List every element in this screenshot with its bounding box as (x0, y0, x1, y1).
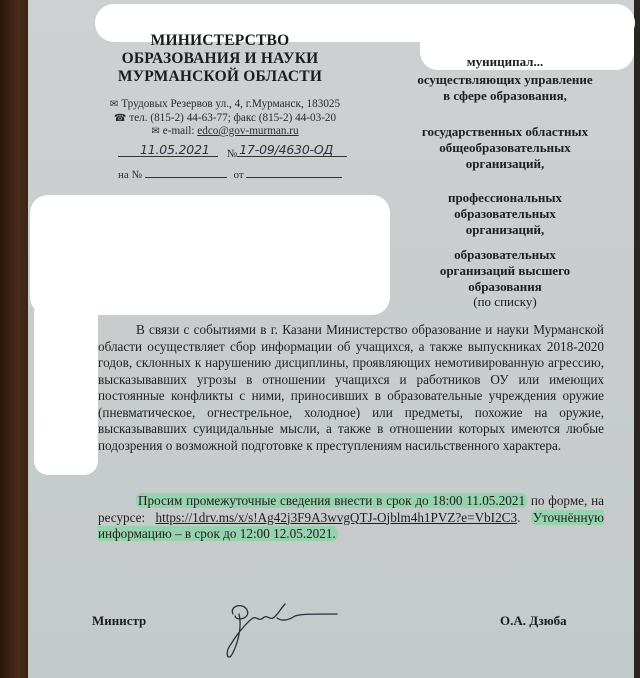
addressee-professional: профессиональных образовательных организ… (395, 190, 615, 238)
ministry-line-1: МИНИСТЕРСТВО (100, 32, 340, 50)
ref-date-field (246, 167, 342, 178)
addressee-line: организаций, (395, 222, 615, 238)
addressee-line: профессиональных (395, 190, 615, 206)
contact-block: ✉Трудовых Резервов ул., 4, г.Мурманск, 1… (100, 98, 350, 139)
telephone-icon: ☎ (114, 113, 126, 124)
date-handwritten: 11.05.2021 (140, 142, 210, 157)
registration-line: 11.05.2021 №17-09/4630-ОД (118, 146, 347, 160)
addressee-line: в сфере образования, (395, 88, 615, 104)
email-link[interactable]: edco@gov-murman.ru (197, 125, 298, 137)
body-paragraph-2: Просим промежуточные сведения внести в с… (98, 493, 604, 543)
addressee-municipal: муниципал... (395, 54, 615, 70)
signatory-name: О.А. Дзюба (500, 613, 567, 629)
ministry-line-3: МУРМАНСКОЙ ОБЛАСТИ (100, 68, 340, 86)
addressee-higher-ed: образовательных организаций высшего обра… (395, 247, 615, 295)
body-paragraph-1: В связи с событиями в г. Казани Министер… (98, 322, 604, 454)
date-field: 11.05.2021 (118, 146, 218, 157)
addressee-state-schools: государственных областных общеобразовате… (395, 124, 615, 172)
ministry-line-2: ОБРАЗОВАНИЯ И НАУКИ (100, 50, 340, 68)
ref-from-label: от (234, 169, 244, 181)
number-field: 17-09/4630-ОД (237, 146, 347, 157)
envelope-icon: ✉ (110, 99, 118, 110)
sentence-end: . (517, 510, 531, 525)
reference-line: на № от (118, 167, 342, 181)
phone-text: тел. (815-2) 44-63-77; факс (815-2) 44-0… (129, 112, 336, 124)
number-label: № (227, 148, 238, 160)
addressee-by-list: (по списку) (395, 294, 615, 310)
addressee-line: образовательных (395, 206, 615, 222)
addressee-line: организаций высшего (395, 263, 615, 279)
highlighted-deadline-1: Просим промежуточные сведения внести в с… (136, 493, 527, 508)
handwritten-signature (225, 600, 345, 660)
ref-label: на № (118, 169, 142, 181)
addressee-line: образовательных (395, 247, 615, 263)
addressee-line: государственных областных (395, 124, 615, 140)
redaction-left-block (30, 195, 390, 315)
number-handwritten: 17-09/4630-ОД (239, 142, 333, 157)
addressee-line: организаций, (395, 156, 615, 172)
addressee-line: образования (395, 279, 615, 295)
signatory-title: Министр (92, 613, 146, 629)
addressee-line: общеобразовательных (395, 140, 615, 156)
address-text: Трудовых Резервов ул., 4, г.Мурманск, 18… (121, 98, 340, 110)
table-surface (0, 0, 30, 678)
email-label: e-mail: (163, 125, 195, 137)
form-link[interactable]: https://1drv.ms/x/s!Ag42j3F9A3wvgQTJ-Ojb… (156, 510, 518, 525)
mail-icon: ✉ (151, 126, 159, 137)
addressee-line: (по списку) (395, 294, 615, 310)
ref-number-field (145, 167, 227, 178)
addressee-line: осуществляющих управление (395, 72, 615, 88)
ministry-name: МИНИСТЕРСТВО ОБРАЗОВАНИЯ И НАУКИ МУРМАНС… (100, 32, 340, 86)
addressee-line: муниципал... (395, 54, 615, 70)
redaction-left-strip (34, 300, 98, 475)
addressee-municipal-cont: осуществляющих управление в сфере образо… (395, 72, 615, 104)
